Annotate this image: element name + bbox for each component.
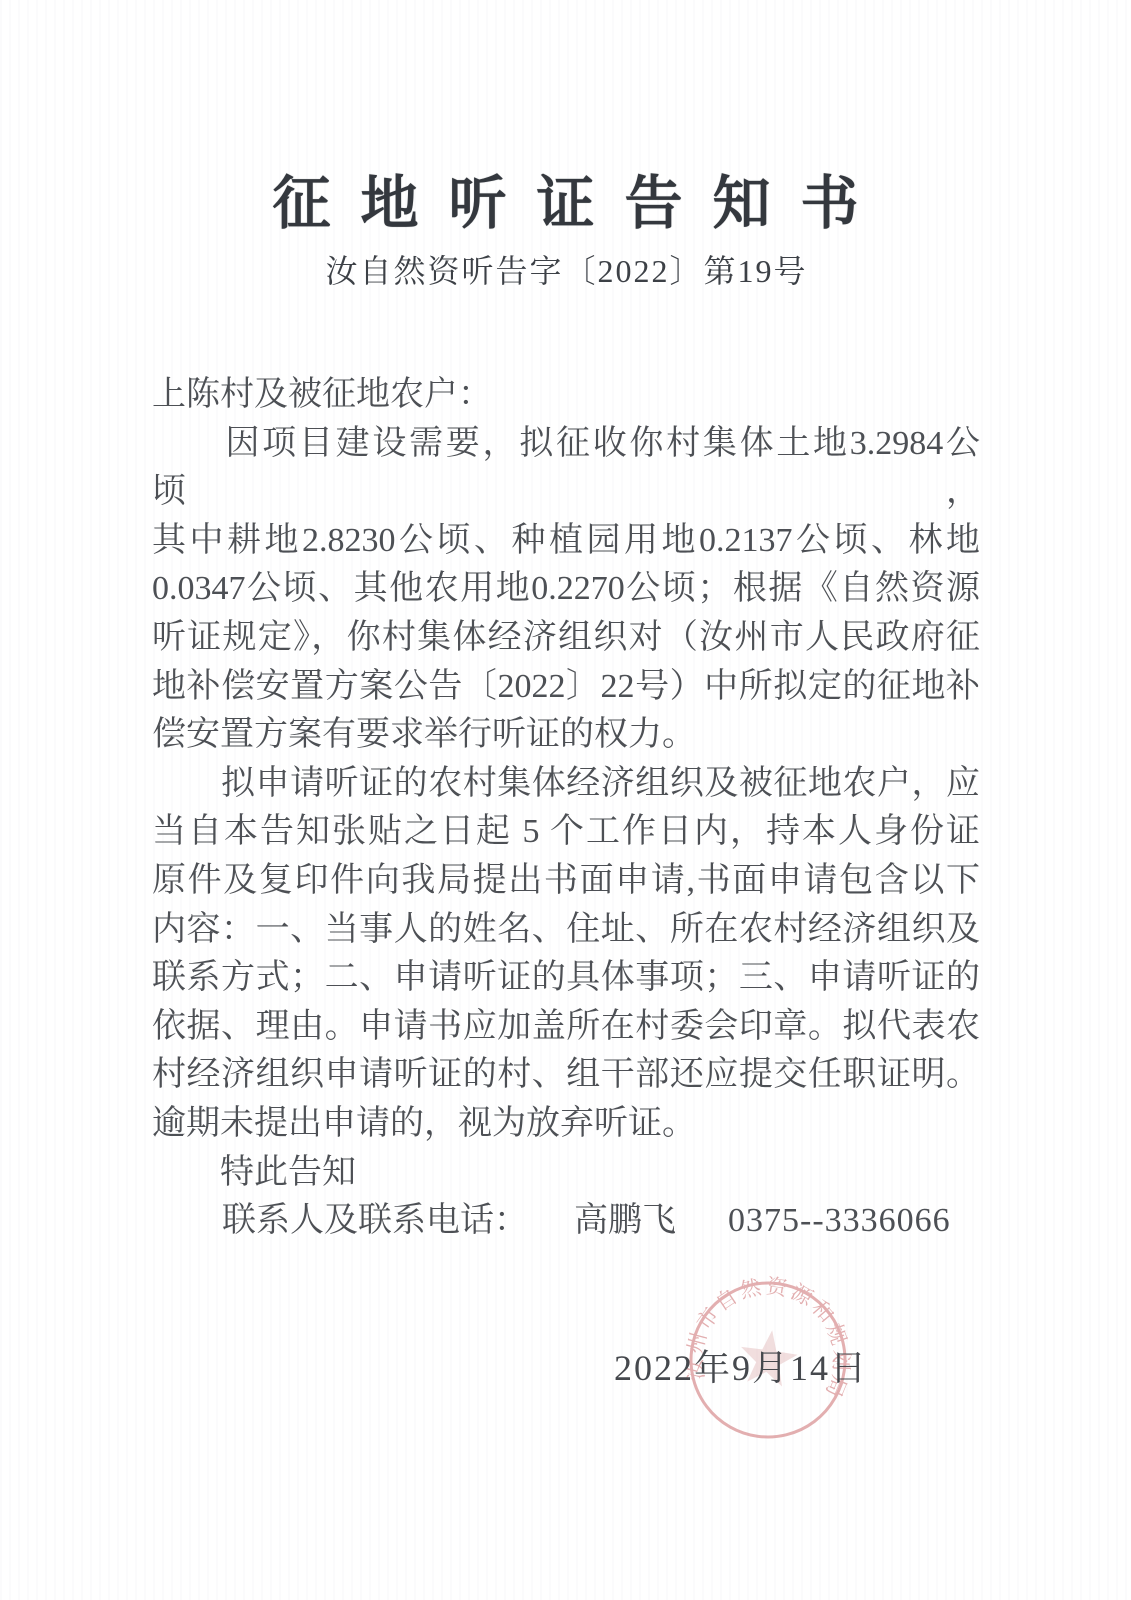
- body-line: 逾期未提出申请的，视为放弃听证。: [152, 1100, 980, 1149]
- contact-line: 联系人及联系电话：高鹏飞0375--3336066: [152, 1197, 980, 1246]
- body-line: 拟申请听证的农村集体经济组织及被征地农户，应: [152, 760, 980, 809]
- scanned-document-page: 征地听证告知书 汝自然资听告字〔2022〕第19号 上陈村及被征地农户： 因项目…: [0, 0, 1131, 1600]
- body-line: 地补偿安置方案公告〔2022〕22号）中所拟定的征地补: [152, 663, 980, 712]
- body-line: 偿安置方案有要求举行听证的权力。: [152, 711, 980, 760]
- contact-label: 联系人及联系电话：: [222, 1202, 528, 1239]
- document-number: 汝自然资听告字〔2022〕第19号: [325, 246, 807, 292]
- contact-name: 高鹏飞: [574, 1202, 676, 1239]
- contact-phone: 0375--3336066: [728, 1202, 951, 1239]
- body-line: 原件及复印件向我局提出书面申请,书面申请包含以下: [152, 857, 980, 906]
- document-title: 征地听证告知书: [272, 156, 888, 240]
- title-row: 征地听证告知书: [0, 156, 1131, 240]
- body-line: 其中耕地2.8230公顷、种植园用地0.2137公顷、林地: [152, 517, 980, 566]
- issue-date: 2022年9月14日: [614, 1340, 868, 1391]
- document-body: 上陈村及被征地农户： 因项目建设需要，拟征收你村集体土地3.2984公顷， 其中…: [152, 371, 980, 1246]
- salutation-line: 上陈村及被征地农户：: [152, 371, 980, 420]
- closing-line: 特此告知: [152, 1149, 980, 1198]
- body-line: 因项目建设需要，拟征收你村集体土地3.2984公顷，: [152, 420, 980, 517]
- body-line: 当自本告知张贴之日起 5 个工作日内，持本人身份证: [152, 808, 980, 857]
- body-line: 村经济组织申请听证的村、组干部还应提交任职证明。: [152, 1051, 980, 1100]
- doc-number-row: 汝自然资听告字〔2022〕第19号: [0, 246, 1131, 292]
- body-line: 联系方式；二、申请听证的具体事项；三、申请听证的: [152, 954, 980, 1003]
- body-line: 0.0347公顷、其他农用地0.2270公顷；根据《自然资源: [152, 565, 980, 614]
- body-line: 听证规定》，你村集体经济组织对（汝州市人民政府征: [152, 614, 980, 663]
- body-line: 依据、理由。申请书应加盖所在村委会印章。拟代表农: [152, 1003, 980, 1052]
- body-line: 内容：一、当事人的姓名、住址、所在农村经济组织及: [152, 906, 980, 955]
